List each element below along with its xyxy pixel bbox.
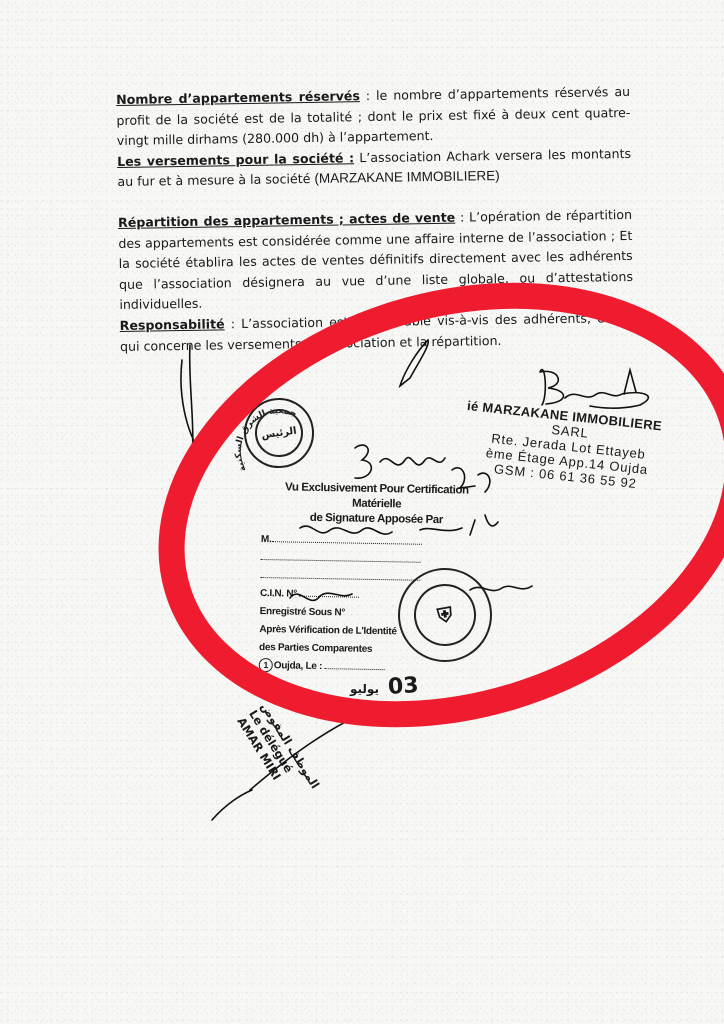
official-delegate-lines: الموظف المفوض Le délégué AMAR MIRI [234,700,322,806]
date-month: يوليو [350,682,379,696]
clause-distribution: Répartition des appartements ; actes de … [118,205,634,316]
date-day: 03 [387,673,419,700]
contract-clauses: Nombre d’appartements réservés : le nomb… [116,82,634,357]
date-stamp: يوليو 03 الموظف المفوض Le délégué AMAR M… [270,660,440,810]
president-signature [355,445,371,478]
company-name-inline: (MARZAKANE IMMOBILIERE) [314,168,499,186]
company-signature [540,370,564,405]
certification-title: Vu Exclusivement Pour Certification Maté… [261,480,491,514]
clause-heading: Responsabilité [120,316,225,333]
clause-heading: Répartition des appartements ; actes de … [118,210,455,230]
association-stamp-center: الرئيس [261,425,298,441]
clause-responsibility: Responsabilité : L’association est respo… [120,308,635,357]
company-stamp: ié MARZAKANE IMMOBILIERE SARL Rte. Jerad… [460,398,677,495]
clause-heading: Les versements pour la société : [117,150,354,169]
association-round-stamp: الرئيس [239,393,318,472]
scanned-document-page: Nombre d’appartements réservés : le nomb… [0,0,724,1024]
clause-reserved-apartments: Nombre d’appartements réservés : le nomb… [116,82,631,152]
clause-heading: Nombre d’appartements réservés [116,88,360,107]
m-label: M. [261,534,272,545]
shield-icon: ⛨ [436,602,455,628]
clause-payments: Les versements pour la société : L’assoc… [117,144,632,193]
cin-label: C.I.N. N° [260,588,297,600]
certification-subtitle: de Signature Apposée Par [261,510,491,529]
signature-stroke-left [190,345,193,460]
